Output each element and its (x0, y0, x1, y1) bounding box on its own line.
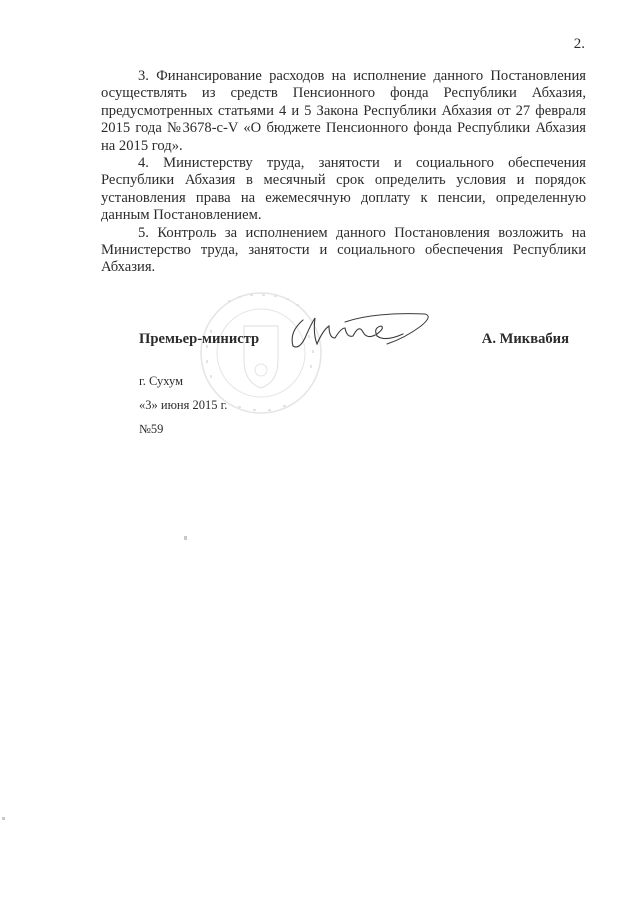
place-date-block: г. Сухум «3» июня 2015 г. №59 (139, 369, 227, 441)
document-body: 3. Финансирование расходов на исполнение… (101, 68, 586, 277)
document-number: №59 (139, 417, 227, 441)
paragraph-3: 3. Финансирование расходов на исполнение… (101, 68, 586, 155)
paragraph-4: 4. Министерству труда, занятости и социа… (101, 155, 586, 225)
place: г. Сухум (139, 369, 227, 393)
page-number: 2. (574, 36, 585, 53)
paragraph-5: 5. Контроль за исполнением данного Поста… (101, 225, 586, 277)
scan-speck (184, 536, 187, 540)
date: «3» июня 2015 г. (139, 393, 227, 417)
signature-icon (285, 308, 435, 354)
signatory-name: А. Миквабия (482, 331, 569, 348)
signatory-title: Премьер-министр (139, 331, 259, 348)
scan-speck (2, 817, 5, 820)
